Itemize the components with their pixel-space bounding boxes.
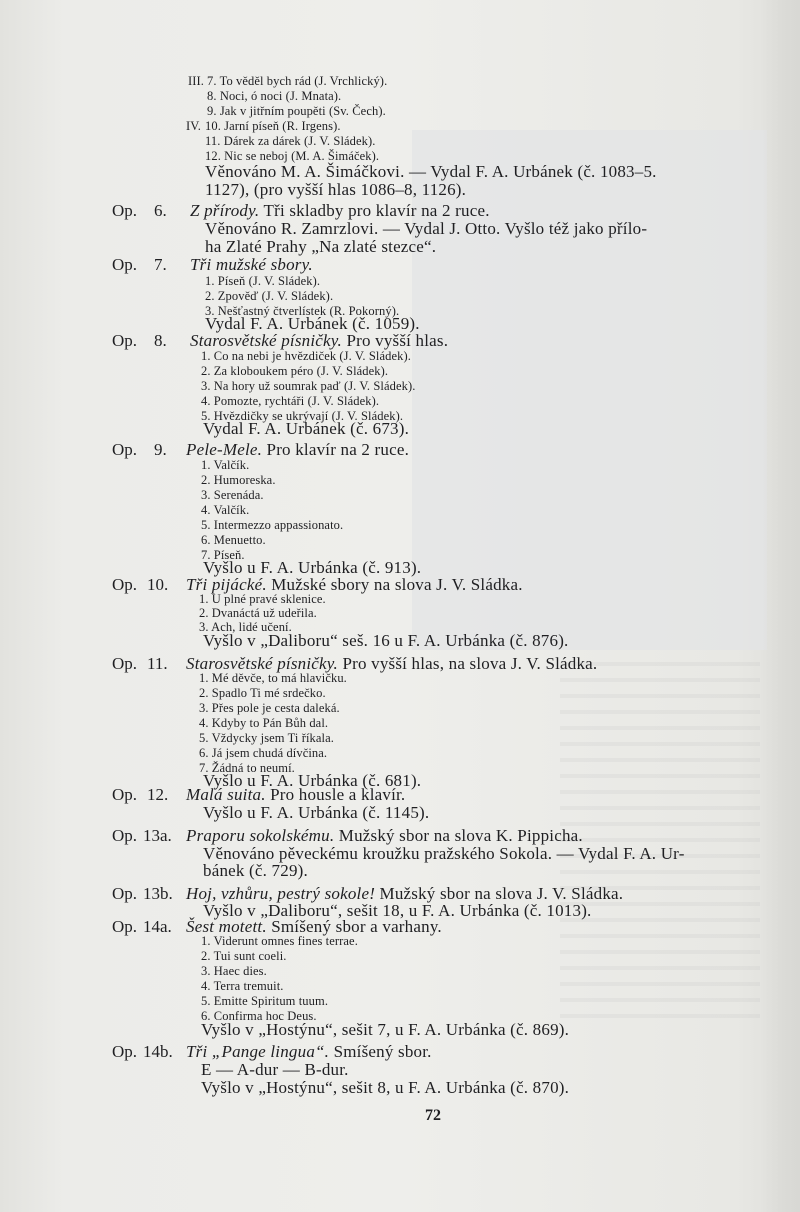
opus-number: 8. [154,331,167,351]
publication-note: bánek (č. 729). [203,861,308,881]
opus-number: 12. [147,785,168,805]
work-description: Tři skladby pro klavír na 2 ruce. [259,201,489,220]
work-title: Malá suita. [186,785,266,804]
opus-heading: Malá suita. Pro housle a klavír. [186,785,405,805]
work-item: 1. Valčík. [201,458,249,473]
work-description: Pro vyšší hlas, na slova J. V. Sládka. [338,654,597,673]
song-group-label: IV. [186,119,201,134]
work-description: Pro housle a klavír. [266,785,406,804]
work-item: 5. Intermezzo appassionato. [201,518,343,533]
work-item: 1. U plné pravé sklenice. [199,592,326,607]
opus-label: Op. [112,201,137,221]
opus-number: 14b. [143,1042,173,1062]
opus-heading: Starosvětské písničky. Pro vyšší hlas. [190,331,448,351]
work-item: 3. Serenáda. [201,488,264,503]
opus-label: Op. [112,1042,137,1062]
opus-label: Op. [112,575,137,595]
opus-heading: Tři „Pange lingua“. Smíšený sbor. [186,1042,432,1062]
opus-number: 9. [154,440,167,460]
opus-number: 14a. [143,917,172,937]
opus-number: 7. [154,255,167,275]
work-title: Pele-Mele. [186,440,262,459]
work-item: 6. Menuetto. [201,533,266,548]
work-item: 2. Humoreska. [201,473,276,488]
work-description: Mužský sbor na slova K. Pippicha. [334,826,583,845]
work-title: Tři mužské sbory. [190,255,313,274]
work-title: Tři „Pange lingua“. [186,1042,329,1061]
work-item: 2. Dvanáctá už udeřila. [199,606,317,621]
opus-label: Op. [112,654,137,674]
opus-heading: Pele-Mele. Pro klavír na 2 ruce. [186,440,409,460]
page-edge-shadow [762,0,800,1212]
work-description: Pro vyšší hlas. [342,331,448,350]
opus-label: Op. [112,785,137,805]
opus-number: 11. [147,654,168,674]
song-item: 11. Dárek za dárek (J. V. Sládek). [205,134,376,149]
work-item: 4. Terra tremuit. [201,979,284,994]
work-item: 3. Přes pole je cesta daleká. [199,701,340,716]
song-item: 10. Jarní píseň (R. Irgens). [205,119,341,134]
work-title: Z přírody. [190,201,259,220]
work-item: 6. Já jsem chudá dívčina. [199,746,327,761]
work-description: Pro klavír na 2 ruce. [262,440,409,459]
work-item: 3. Haec dies. [201,964,267,979]
work-item: 4. Valčík. [201,503,249,518]
work-item: 5. Emitte Spiritum tuum. [201,994,328,1009]
opus-label: Op. [112,826,137,846]
work-item: 2. Za kloboukem péro (J. V. Sládek). [201,364,388,379]
work-item: 1. Píseň (J. V. Sládek). [205,274,320,289]
work-item: 1. Mé děvče, to má hlavičku. [199,671,347,686]
publication-note: Vyšlo v „Hostýnu“, sešit 7, u F. A. Urbá… [201,1020,569,1040]
opus-number: 13b. [143,884,173,904]
work-item: 1. Viderunt omnes fines terrae. [201,934,358,949]
work-description: Smíšený sbor. [329,1042,431,1061]
publication-note: Věnováno M. A. Šimáčkovi. — Vydal F. A. … [205,162,657,182]
work-item: 2. Spadlo Ti mé srdečko. [199,686,326,701]
opus-heading: Z přírody. Tři skladby pro klavír na 2 r… [190,201,490,221]
work-item: 5. Vždycky jsem Ti říkala. [199,731,334,746]
publication-note: ha Zlaté Prahy „Na zlaté stezce“. [205,237,436,257]
opus-heading: Tři mužské sbory. [190,255,313,275]
page-number: 72 [425,1107,441,1125]
work-title: Praporu sokolskému. [186,826,334,845]
publication-note: Vyšlo v „Hostýnu“, sešit 8, u F. A. Urbá… [201,1078,569,1098]
song-item: 8. Noci, ó noci (J. Mnata). [207,89,341,104]
song-group-label: III. [188,74,204,89]
work-item: 4. Kdyby to Pán Bůh dal. [199,716,328,731]
song-item: 9. Jak v jitřním poupěti (Sv. Čech). [207,104,386,119]
work-item: 2. Zpověď (J. V. Sládek). [205,289,333,304]
work-title: Starosvětské písničky. [190,331,342,350]
work-item: 4. Pomozte, rychtáři (J. V. Sládek). [201,394,379,409]
opus-heading: Praporu sokolskému. Mužský sbor na slova… [186,826,583,846]
work-item: 2. Tui sunt coeli. [201,949,287,964]
publication-note: Vydal F. A. Urbánek (č. 673). [203,419,409,439]
opus-number: 6. [154,201,167,221]
opus-label: Op. [112,440,137,460]
work-item: 1. Co na nebi je hvězdiček (J. V. Sládek… [201,349,411,364]
publication-note: Vyšlo v „Daliboru“ seš. 16 u F. A. Urbán… [203,631,569,651]
opus-number: 13a. [143,826,172,846]
work-item: 3. Na hory už soumrak paď (J. V. Sládek)… [201,379,415,394]
opus-label: Op. [112,331,137,351]
opus-label: Op. [112,917,137,937]
publication-note: Vyšlo u F. A. Urbánka (č. 1145). [203,803,429,823]
opus-label: Op. [112,255,137,275]
song-item: 7. To věděl bych rád (J. Vrchlický). [207,74,387,89]
key-signature-note: E — A-dur — B-dur. [201,1060,349,1080]
publication-note: 1127), (pro vyšší hlas 1086–8, 1126). [205,180,466,200]
bleed-through-lines [560,650,760,1030]
opus-number: 10. [147,575,168,595]
publication-note: Věnováno R. Zamrzlovi. — Vydal J. Otto. … [205,219,647,239]
opus-label: Op. [112,884,137,904]
